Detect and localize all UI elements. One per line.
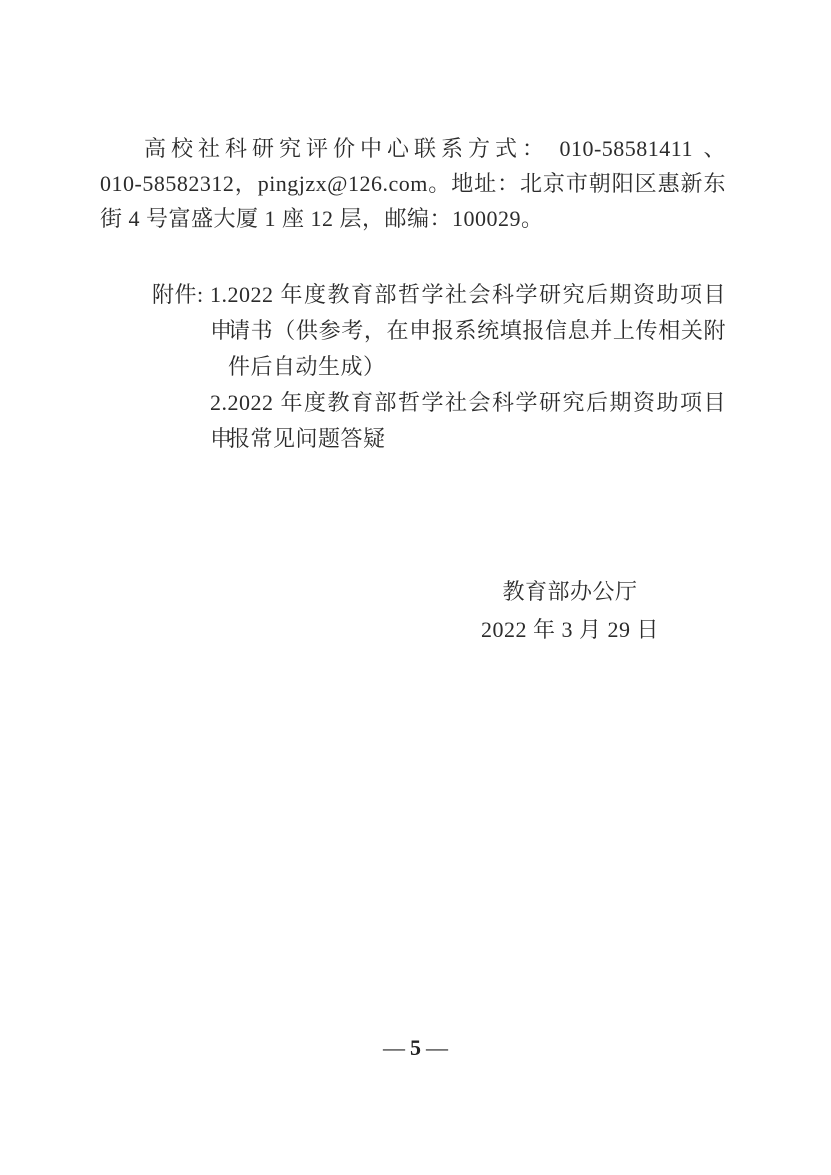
- page-footer: —5—: [0, 1035, 831, 1061]
- attachment-item-1: 1.2022 年度教育部哲学社会科学研究后期资助项目申 请书（供参考，在申报系统…: [210, 277, 726, 385]
- signature-block: 教育部办公厅 2022 年 3 月 29 日: [420, 573, 720, 649]
- contact-line-2: 010-58582312，pingjzx@126.com。地址：北京市朝阳区惠新…: [100, 166, 726, 201]
- page-number-dash-left: —: [383, 1035, 405, 1060]
- attachment-item-2-line-1: 2.2022 年度教育部哲学社会科学研究后期资助项目申: [210, 385, 726, 421]
- issue-date: 2022 年 3 月 29 日: [420, 611, 720, 649]
- contact-line-1: 高校社科研究评价中心联系方式： 010-58581411 、: [100, 131, 726, 166]
- contact-paragraph: 高校社科研究评价中心联系方式： 010-58581411 、 010-58582…: [100, 131, 726, 236]
- attachments-list: 1.2022 年度教育部哲学社会科学研究后期资助项目申 请书（供参考，在申报系统…: [210, 277, 726, 457]
- attachment-item-2: 2.2022 年度教育部哲学社会科学研究后期资助项目申 报常见问题答疑: [210, 385, 726, 457]
- attachment-item-2-line-2: 报常见问题答疑: [210, 421, 726, 457]
- attachment-item-1-line-3: 件后自动生成）: [210, 349, 726, 385]
- attachment-item-1-line-1: 1.2022 年度教育部哲学社会科学研究后期资助项目申: [210, 277, 726, 313]
- page-number: 5: [410, 1035, 421, 1060]
- attachments-section: 附件: 1.2022 年度教育部哲学社会科学研究后期资助项目申 请书（供参考，在…: [152, 277, 726, 457]
- contact-line-3: 街 4 号富盛大厦 1 座 12 层，邮编：100029。: [100, 201, 726, 236]
- document-page: 高校社科研究评价中心联系方式： 010-58581411 、 010-58582…: [0, 0, 831, 1175]
- issuer-name: 教育部办公厅: [420, 573, 720, 611]
- attachment-item-1-line-2: 请书（供参考，在申报系统填报信息并上传相关附: [210, 313, 726, 349]
- page-number-dash-right: —: [426, 1035, 448, 1060]
- attachments-label: 附件:: [152, 277, 210, 457]
